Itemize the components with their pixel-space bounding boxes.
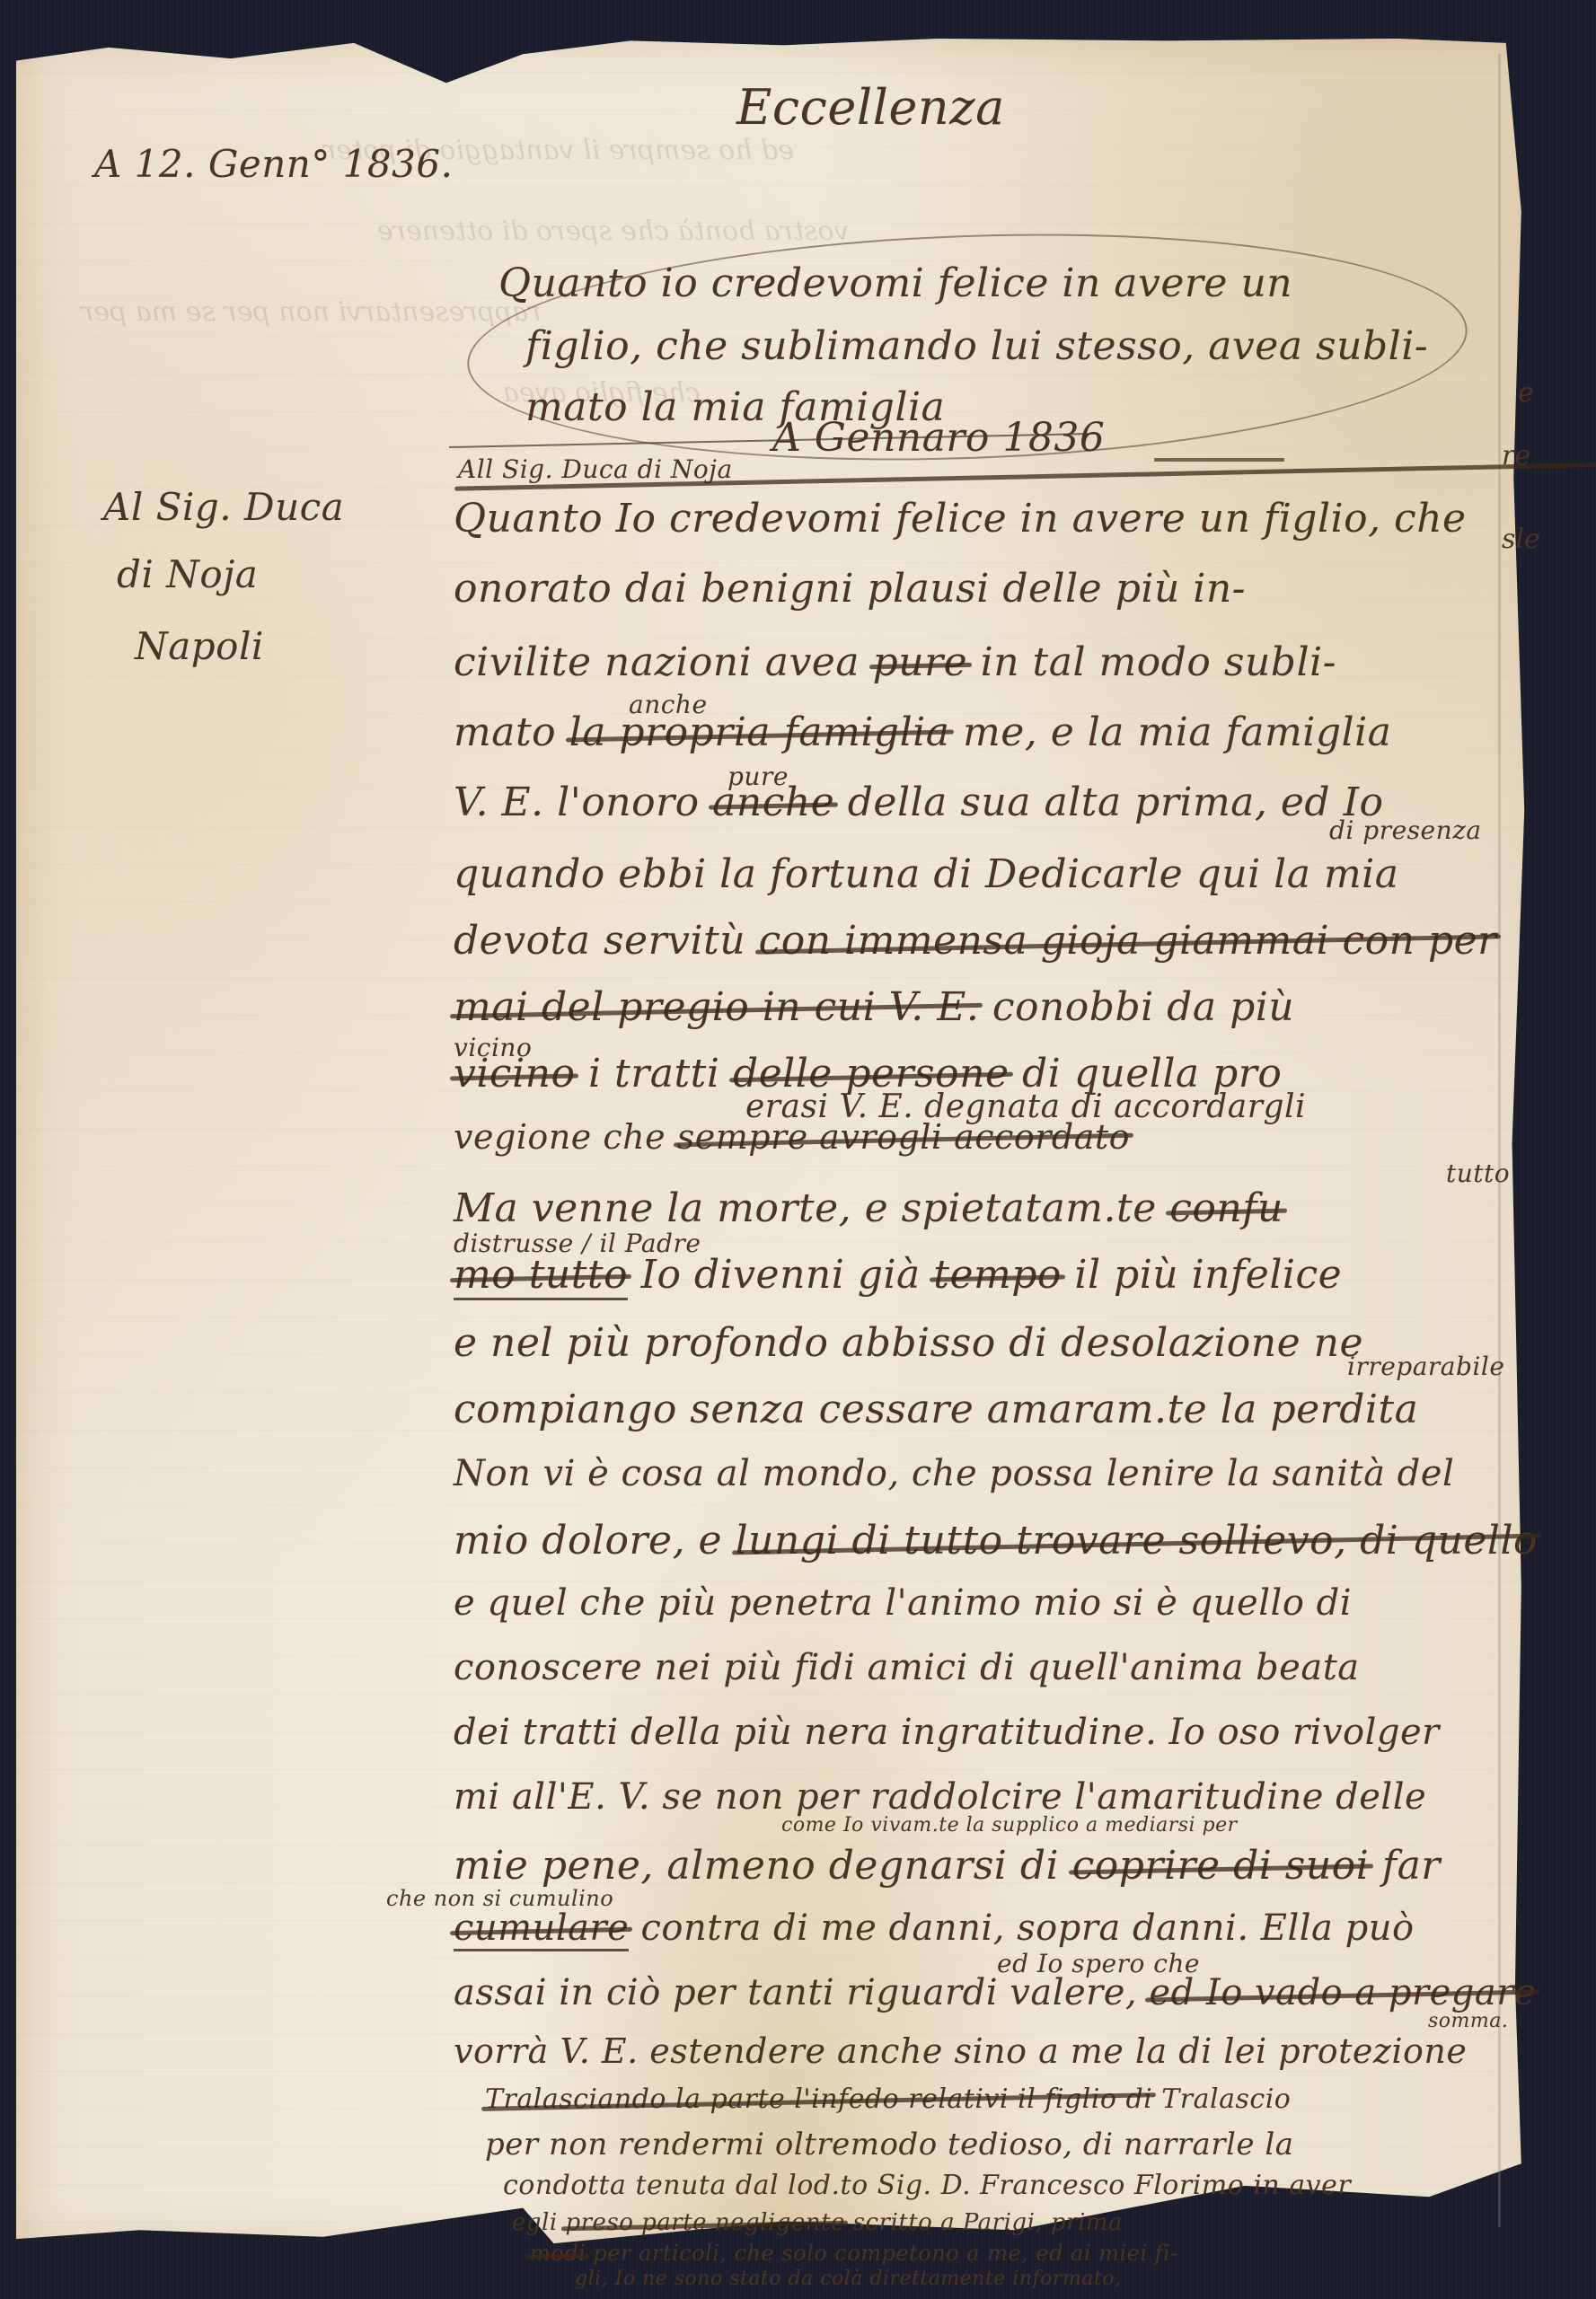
body-line-5: V. E. l'onoro anche della sua alta prima… [454, 780, 1383, 825]
struck-phrase: mai del pregio in cui V. E. [454, 984, 979, 1030]
bleed-through-text: vostra bontà che spero di ottenere [377, 216, 849, 247]
body-line-2: onorato dai benigni plausi delle più in- [454, 566, 1246, 612]
struck-phrase: lungi di tutto trovare sollievo, di quel… [736, 1518, 1538, 1563]
body-line-20: mi all'E. V. se non per raddolcire l'ama… [454, 1776, 1426, 1818]
body-line-16: mio dolore, e lungi di tutto trovare sol… [454, 1518, 1538, 1563]
paper-fold-crease [1498, 54, 1501, 2227]
body-line-25: Tralasciando la parte l'infedo relativi … [485, 2083, 1291, 2115]
struck-phrase: Tralasciando la parte l'infedo relativi … [485, 2083, 1152, 2115]
struck-word: tempo [933, 1252, 1062, 1298]
body-line-8: mai del pregio in cui V. E. conobbi da p… [454, 984, 1294, 1030]
body-line-27: condotta tenuta dal lod.to Sig. D. Franc… [503, 2170, 1351, 2201]
body-line-13: e nel più profondo abbisso di desolazion… [454, 1320, 1363, 1366]
struck-word: modi [530, 2241, 586, 2266]
draft-line-2: figlio, che sublimando lui stesso, avea … [525, 323, 1428, 369]
body-line-22: cumulare contra di me danni, sopra danni… [454, 1907, 1415, 1949]
body-line-4: mato la propria famiglia me, e la mia fa… [454, 709, 1391, 755]
body-line-17: e quel che più penetra l'animo mio si è … [454, 1582, 1352, 1624]
insertion-note: di presenza [1329, 815, 1482, 845]
struck-phrase: la propria famiglia [569, 709, 950, 755]
insertion-note: come Io vivam.te la supplico a mediarsi … [781, 1814, 1238, 1837]
insertion-note: irreparabile [1347, 1352, 1504, 1381]
struck-phrase: preso parte negligente [565, 2209, 844, 2236]
insertion-note: somma. [1428, 2010, 1508, 2032]
bleed-through-text: rappresentarvi non per se ma per [81, 296, 542, 328]
body-line-23: assai in ciò per tanti riguardi valere, … [454, 1972, 1536, 2013]
struck-word: anche [712, 780, 834, 825]
date-underline [1154, 458, 1284, 462]
edge-mark: sle [1502, 524, 1540, 555]
insertion-line: erasi V. E. degnata di accordargli [745, 1088, 1306, 1125]
struck-word: pure [873, 639, 968, 685]
body-line-18: conoscere nei più fidi amici di quell'an… [454, 1647, 1360, 1688]
body-line-30: gli, Io ne sono stato da colà direttamen… [575, 2268, 1121, 2290]
struck-phrase: con immensa gioja giammai con per [759, 918, 1497, 964]
document-heading: Eccellenza [736, 79, 1005, 136]
body-line-19: dei tratti della più nera ingratitudine.… [454, 1712, 1440, 1753]
struck-phrase: mo tutto [454, 1252, 628, 1300]
body-line-21: mie pene, almeno degnarsi di coprire di … [454, 1843, 1441, 1889]
dateline: A Gennaro 1836 [772, 415, 1105, 461]
body-line-1: Quanto Io credevomi felice in avere un f… [454, 496, 1467, 542]
body-line-6: quando ebbi la fortuna di Dedicarle qui … [454, 851, 1399, 897]
struck-word: confu [1169, 1185, 1283, 1231]
edge-mark: e [1518, 377, 1534, 409]
body-line-15: Non vi è cosa al mondo, che possa lenire… [454, 1453, 1454, 1494]
body-line-29: modi per articoli, che solo competono a … [530, 2241, 1178, 2266]
struck-word: vicino [454, 1051, 575, 1097]
struck-phrase: ed Io vado a pregare [1149, 1972, 1536, 2013]
date-note: A 12. Genn° 1836. [94, 142, 453, 186]
draft-line-1: Quanto io credevomi felice in avere un [498, 260, 1292, 306]
struck-word: cumulare [454, 1907, 629, 1951]
body-line-7: devota servitù con immensa gioja giammai… [454, 918, 1497, 964]
body-line-11: Ma venne la morte, e spietatam.te confu [454, 1185, 1283, 1231]
struck-phrase: coprire di suoi [1072, 1843, 1370, 1889]
addressee-line-2: di Noja [117, 552, 258, 596]
addressee-line-3: Napoli [135, 624, 264, 668]
body-line-12: mo tutto Io divenni già tempo il più inf… [454, 1252, 1342, 1298]
body-line-24: vorrà V. E. estendere anche sino a me la… [454, 2031, 1467, 2071]
edge-mark: re [1502, 440, 1530, 471]
addressee-line-1: Al Sig. Duca [103, 485, 344, 529]
body-line-28: egli preso parte negligente scritto a Pa… [512, 2209, 1123, 2236]
insertion-note: tutto [1446, 1158, 1510, 1188]
body-line-3: civilite nazioni avea pure in tal modo s… [454, 639, 1336, 685]
body-line-14: compiango senza cessare amaram.te la per… [454, 1387, 1418, 1432]
body-line-26: per non rendermi oltremodo tedioso, di n… [485, 2127, 1294, 2162]
